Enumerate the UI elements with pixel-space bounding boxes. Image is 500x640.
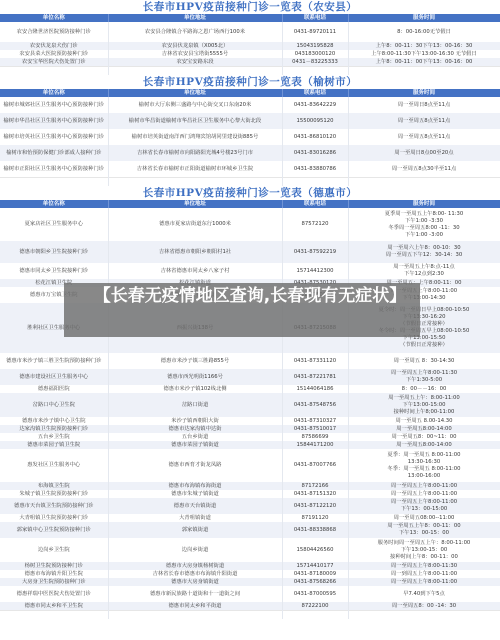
table-row: 达家沟镇卫生院预防接种门诊德惠市达家沟镇中达街0431-87510017周一至周… (0, 425, 500, 433)
spacer-row (0, 611, 500, 620)
clinic-name: 农安宝华医院犬伤处置门诊 (0, 58, 108, 67)
clinic-address: 榆树市大厅东侧三盛路与中心街交叉口东南20米 (108, 97, 282, 113)
clinic-address: 吉林省长春市榆树市正阳街道榆树市环城乡卫生院 (108, 161, 282, 178)
clinic-phone: 0431-86810120 (282, 129, 348, 145)
clinic-address: 德惠市朱城子镇街道 (108, 490, 282, 498)
clinic-address: 吉林省农安县宝塔街5555号 (108, 50, 282, 58)
clinic-address: 德惠市同太乡和平街道 (108, 602, 282, 611)
clinic-hours: 周一至周五 8：30-14:30 (348, 353, 500, 369)
clinic-table: 单位名称单位地址联系电话服务时间夏家店社区卫生服务中心德惠市夏家店街道东行100… (0, 200, 500, 619)
empty-cell (108, 67, 282, 76)
table-row: 榆树市华昌社区卫生服务中心预防接种门诊榆树市华昌街道榆树市华昌社区卫生服务中心黎… (0, 113, 500, 129)
clinic-hours: 周一至周五上午8:00-11:00 (348, 490, 500, 498)
empty-cell (348, 611, 500, 620)
clinic-address: 岔路口街道 (108, 393, 282, 417)
clinic-name: 德惠市天台镇卫生院预防接种门诊 (0, 498, 108, 514)
table-row: 榆树市城郊社区卫生服务中心预防接种门诊榆树市大厅东侧三盛路与中心街交叉口东南20… (0, 97, 500, 113)
section-title: 长春市HPV疫苗接种门诊一览表（榆树市） (0, 75, 500, 89)
clinic-hours: 夏季：周一至周五 8:00-11:00 13:30-16:30 冬季：周一至周五… (348, 449, 500, 482)
table-row: 榆树市正阳社区卫生服务中心预防接种门诊吉林省长春市榆树市正阳街道榆树市环城乡卫生… (0, 161, 500, 178)
clinic-phone: 15714412300 (282, 263, 348, 279)
clinic-name: 德惠市米沙子镇三胜卫生院预防接种门诊 (0, 353, 108, 369)
clinic-name: 布海镇卫生院 (0, 482, 108, 490)
clinic-name: 农安县菜大医院预防接种门诊 (0, 50, 108, 58)
clinic-hours: 周一至周五8：00~11：00 (348, 433, 500, 441)
clinic-phone: 0431-87007766 (282, 449, 348, 482)
clinic-hours: 周一至周五上午8:00-11:00 下午13：00-15:00 (348, 498, 500, 514)
table-row: 德惠市同太乡和平卫生院德惠市同太乡和平街道87222100周一至周五8：00 -… (0, 602, 500, 611)
table-row: 德惠市建设社区卫生服务中心德惠市西光明街1166号0431-87221781周一… (0, 369, 500, 385)
clinic-address: 德惠市西育才街龙凤路 (108, 449, 282, 482)
table-row: 榆树市培英社区卫生服务中心预防接种门诊榆树市培英街道南洋西门鸿翔宾馆胡同里建设街… (0, 129, 500, 145)
clinic-hours: 周一到周五上午8:00-11:00 (348, 570, 500, 578)
clinic-phone: 15500095120 (282, 113, 348, 129)
table-row: 德惠祥瑞中医医院犬伤处置门诊德惠市新民族路十道街和十一道街之间0431-8700… (0, 586, 500, 602)
clinic-phone: 0431-87151320 (282, 490, 348, 498)
clinic-hours: 周一至周六上午8：00-10：30 周一至周五下午12：30-14：30 (348, 241, 500, 263)
empty-cell (282, 67, 348, 76)
table-row: 德惠市布海镇升阳卫生院吉林省长春市德惠市布海镇升阳街道0431-87180009… (0, 570, 500, 578)
clinic-name: 榆树市城郊社区卫生服务中心预防接种门诊 (0, 97, 108, 113)
clinic-phone: 15043195828 (282, 42, 348, 50)
column-header-address: 单位地址 (108, 89, 282, 97)
table-header-row: 单位名称单位地址联系电话服务时间 (0, 89, 500, 97)
column-header-name: 单位名称 (0, 200, 108, 208)
clinic-name: 榆树市正阳社区卫生服务中心预防接种门诊 (0, 161, 108, 178)
table-row: 岔路口中心卫生院岔路口街道0431-87548756周一至周五上午：8:00-1… (0, 393, 500, 417)
section-title: 长春市HPV疫苗接种门诊一览表（德惠市） (0, 186, 500, 200)
table-row: 德惠市天台镇卫生院预防接种门诊德惠市天台镇街道0431-87122120周一至周… (0, 498, 500, 514)
clinic-phone: 0431-87000595 (282, 586, 348, 602)
clinic-name: 德惠市同太乡和平卫生院 (0, 602, 108, 611)
clinic-phone: 87222100 (282, 602, 348, 611)
clinic-name: 德惠市米沙子镇中心卫生院 (0, 417, 108, 425)
clinic-phone: 0431-83016286 (282, 145, 348, 161)
clinic-name: 大青咀镇卫生院预防接种门诊 (0, 514, 108, 522)
clinic-address: 吉林省长春市德惠市布海镇升阳街道 (108, 570, 282, 578)
spacer-row (0, 67, 500, 76)
empty-cell (0, 178, 108, 187)
clinic-hours: 周一至周五上午8:00-11:30 (348, 562, 500, 570)
column-header-hours: 服务时间 (348, 14, 500, 22)
clinic-hours: 周一至周五 8.00-14.30 (348, 417, 500, 425)
clinic-name: 岔路口中心卫生院 (0, 393, 108, 417)
table-row: 农安宝华医院犬伤处置门诊农安宝安路东段0431－83225333上午8：00-1… (0, 58, 500, 67)
clinic-hours: 8：00－－16：00 (348, 385, 500, 393)
clinic-phone: 0431-83880786 (282, 161, 348, 178)
clinic-name: 德惠市同太乡卫生院接种门诊 (0, 263, 108, 279)
clinic-phone: 0431-87221781 (282, 369, 348, 385)
column-header-name: 单位名称 (0, 14, 108, 22)
clinic-address: 郭家镇街道 (108, 522, 282, 538)
clinic-hours: 周一至周五8点至11点 (348, 113, 500, 129)
column-header-hours: 服务时间 (348, 200, 500, 208)
clinic-phone: 0431－83225333 (282, 58, 348, 67)
clinic-hours: 周一至周五8点30半至11点 (348, 161, 500, 178)
clinic-address: 德惠市夏家店街道东行1000米 (108, 208, 282, 241)
table-row: 朱城子镇卫生院预防接种门诊德惠市朱城子镇街道0431-87151320周一至周五… (0, 490, 500, 498)
table-row: 杨树卫生院预防接种门诊德惠市大房身镇杨树街道15714410177周一至周五上午… (0, 562, 500, 570)
clinic-name: 大房身卫生院预防接种门诊 (0, 578, 108, 586)
clinic-hours: 周一至周五8:00-14:00 (348, 441, 500, 449)
clinic-address: 德惠市大房身镇杨树街道 (108, 562, 282, 570)
clinic-hours: 上午8：00-11：00下午13：00-16：00 (348, 58, 500, 67)
clinic-address: 农安县合隆镇合平路海之恩广场西行100米 (108, 22, 282, 42)
clinic-hours: 服务时间周一至周五上午：8:00-11:00 下午13:00-15：00 接种时… (348, 538, 500, 562)
table-row: 德惠市朝阳乡卫生院接种门诊吉林省德惠市朝阳乡朝阳村1社0431-87592219… (0, 241, 500, 263)
clinic-hours: 上午8:00-11:30下午13:00-16:30 无节假日 (348, 50, 500, 58)
clinic-hours: 上午8：00-11：30下午13：00-16：30 (348, 42, 500, 50)
clinic-hours: 早7.40到下午5点 (348, 586, 500, 602)
clinic-hours: 周一至周五08:00--11:00 (348, 514, 500, 522)
table-row: 农安合隆世济医院预防接种门诊农安县合隆镇合平路海之恩广场西行100米0431-8… (0, 22, 500, 42)
clinic-phone: 0431-87180009 (282, 570, 348, 578)
table-row: 德惠市米沙子镇三胜卫生院预防接种门诊德惠市米沙子镇三胜路855号0431-873… (0, 353, 500, 369)
table-header-row: 单位名称单位地址联系电话服务时间 (0, 14, 500, 22)
table-row: 大房身卫生院预防接种门诊德惠市大房身镇街道0431-87568266周一至周五上… (0, 578, 500, 586)
clinic-name: 德惠市朝阳乡卫生院接种门诊 (0, 241, 108, 263)
clinic-name: 朱城子镇卫生院预防接种门诊 (0, 490, 108, 498)
clinic-name: 榆树市华昌社区卫生服务中心预防接种门诊 (0, 113, 108, 129)
clinic-name: 农安合隆世济医院预防接种门诊 (0, 22, 108, 42)
clinic-name: 五台乡卫生院 (0, 433, 108, 441)
empty-cell (282, 611, 348, 620)
table-row: 德惠福阳医院德惠市米沙子镇102线北侧151440641868：00－－16：0… (0, 385, 500, 393)
table-row: 德惠市菜园子镇卫生院德惠市菜园子镇街道15844171200周一至周五8:00-… (0, 441, 500, 449)
clinic-address: 德惠市达家沟镇中达街 (108, 425, 282, 433)
table-row: 德惠市同太乡卫生院接种门诊吉林省德惠市同太乡八家子村15714412300周一至… (0, 263, 500, 279)
table-header-row: 单位名称单位地址联系电话服务时间 (0, 200, 500, 208)
clinic-phone: 15144064186 (282, 385, 348, 393)
clinic-phone: 043183000120 (282, 50, 348, 58)
clinic-hours: 夏季周一至周五上午8:00- 11:30 下午1:00 -3:30 冬季周一至周… (348, 208, 500, 241)
clinic-name: 德惠市布海镇升阳卫生院 (0, 570, 108, 578)
clinic-address: 榆树市华昌街道榆树市华昌社区卫生服务中心黎大街北段 (108, 113, 282, 129)
clinic-hours: 周一至周五8：00 -14：30 (348, 602, 500, 611)
table-row: 农安县菜大医院预防接种门诊吉林省农安县宝塔街5555号043183000120上… (0, 50, 500, 58)
clinic-name: 德惠市菜园子镇卫生院 (0, 441, 108, 449)
clinic-hours: 周一至周五上午8:00-11:30 下午1:30-5:00 (348, 369, 500, 385)
table-row: 布海镇卫生院德惠市布海镇布海街道87172166周一至周五上午8:00-11:0… (0, 482, 500, 490)
clinic-name: 杨树卫生院预防接种门诊 (0, 562, 108, 570)
clinic-address: 德惠市新民族路十道街和十一道街之间 (108, 586, 282, 602)
clinic-hours: 周一至周五8点至11点 (348, 129, 500, 145)
table-row: 五台乡卫生院五台乡街道87586699周一至周五8：00~11：00 (0, 433, 500, 441)
column-header-hours: 服务时间 (348, 89, 500, 97)
table-row: 郭家镇中心卫生院预防接种门诊郭家镇街道0431-88338868周一至周五上午8… (0, 522, 500, 538)
clinic-name: 德惠市建设社区卫生服务中心 (0, 369, 108, 385)
clinic-name: 边岗乡卫生院 (0, 538, 108, 562)
clinic-name: 郭家镇中心卫生院预防接种门诊 (0, 522, 108, 538)
table-row: 榆树市和怡预防保健门诊部成人接种门诊吉林省长春市榆树市向阳路阳光城4号楼23号门… (0, 145, 500, 161)
empty-cell (348, 67, 500, 76)
clinic-name: 德惠祥瑞中医医院犬伤处置门诊 (0, 586, 108, 602)
clinic-phone: 0431-83642229 (282, 97, 348, 113)
clinic-phone: 15714410177 (282, 562, 348, 570)
clinic-address: 吉林省德惠市同太乡八家子村 (108, 263, 282, 279)
clinic-hours: 周一至周五上午：8:00-11:00 下午13:00-15:00 接种时间上午8… (348, 393, 500, 417)
clinic-table: 单位名称单位地址联系电话服务时间榆树市城郊社区卫生服务中心预防接种门诊榆树市大厅… (0, 89, 500, 186)
clinic-hours: 周一至周五上午8:00-11:00 (348, 578, 500, 586)
clinic-address: 德惠市米沙子镇102线北侧 (108, 385, 282, 393)
clinic-address: 德惠市天台镇街道 (108, 498, 282, 514)
clinic-name: 夏家店社区卫生服务中心 (0, 208, 108, 241)
clinic-name: 榆树市培英社区卫生服务中心预防接种门诊 (0, 129, 108, 145)
empty-cell (0, 67, 108, 76)
clinic-hours: 周一至周五上午8:00-11:00 (348, 482, 500, 490)
column-header-phone: 联系电话 (282, 89, 348, 97)
clinic-hours: 周一至周五上午8:点-11点 下午12点到2:30 (348, 263, 500, 279)
clinic-address: 五台乡街道 (108, 433, 282, 441)
clinic-hours: 8：00-16:00无节假日 (348, 22, 500, 42)
clinic-table: 单位名称单位地址联系电话服务时间农安合隆世济医院预防接种门诊农安县合隆镇合平路海… (0, 14, 500, 75)
clinic-hours: 周一至周日8点00至20点 (348, 145, 500, 161)
clinic-name: 榆树市和怡预防保健门诊部成人接种门诊 (0, 145, 108, 161)
clinic-phone: 87172166 (282, 482, 348, 490)
clinic-address: 吉林省德惠市朝阳乡朝阳村1社 (108, 241, 282, 263)
clinic-address: 德惠市米沙子镇三胜路855号 (108, 353, 282, 369)
column-header-phone: 联系电话 (282, 14, 348, 22)
clinic-address: 榆树市培英街道南洋西门鸿翔宾馆胡同里建设街885号 (108, 129, 282, 145)
column-header-phone: 联系电话 (282, 200, 348, 208)
clinic-phone: 87572120 (282, 208, 348, 241)
table-row: 德惠市米沙子镇中心卫生院米沙子镇西朝阳大街0431-87310327周一至周五 … (0, 417, 500, 425)
clinic-address: 德惠市布海镇布海街道 (108, 482, 282, 490)
clinic-name: 农安伏龙泉犬伤门诊 (0, 42, 108, 50)
overlay-headline: 【长春无疫情地区查询,长春现有无症状】 (22, 283, 478, 309)
clinic-phone: 0431-88338868 (282, 522, 348, 538)
clinic-phone: 0431-87510017 (282, 425, 348, 433)
empty-cell (108, 611, 282, 620)
table-row: 大青咀镇卫生院预防接种门诊大青咀镇街道87191120周一至周五08:00--1… (0, 514, 500, 522)
column-header-name: 单位名称 (0, 89, 108, 97)
clinic-address: 农安县伏龙泉镇（X005北） (108, 42, 282, 50)
clinic-phone: 0431-87548756 (282, 393, 348, 417)
clinic-address: 德惠市大房身镇街道 (108, 578, 282, 586)
clinic-name: 德惠福阳医院 (0, 385, 108, 393)
clinic-address: 吉林省长春市榆树市向阳路阳光城4号楼23号门市 (108, 145, 282, 161)
table-row: 农安伏龙泉犬伤门诊农安县伏龙泉镇（X005北）15043195828上午8：00… (0, 42, 500, 50)
section-title: 长春市HPV疫苗接种门诊一览表（农安县） (0, 0, 500, 14)
empty-cell (282, 178, 348, 187)
empty-cell (348, 178, 500, 187)
clinic-phone: 0431-87310327 (282, 417, 348, 425)
clinic-phone: 87191120 (282, 514, 348, 522)
clinic-phone: 0431-87122120 (282, 498, 348, 514)
clinic-phone: 0431-87568266 (282, 578, 348, 586)
clinic-hours: 周一至周五8:00-14:00 (348, 425, 500, 433)
clinic-phone: 15844171200 (282, 441, 348, 449)
table-row: 惠发社区卫生服务中心德惠市西育才街龙凤路0431-87007766夏季：周一至周… (0, 449, 500, 482)
clinic-address: 德惠市菜园子镇街道 (108, 441, 282, 449)
spacer-row (0, 178, 500, 187)
table-row: 边岗乡卫生院边岗乡街道15804426560服务时间周一至周五上午：8:00-1… (0, 538, 500, 562)
clinic-phone: 0431-87592219 (282, 241, 348, 263)
clinic-hours: 周一至周日8点至11点 (348, 97, 500, 113)
clinic-address: 德惠市西光明街1166号 (108, 369, 282, 385)
clinic-address: 大青咀镇街道 (108, 514, 282, 522)
column-header-address: 单位地址 (108, 14, 282, 22)
clinic-phone: 87586699 (282, 433, 348, 441)
clinic-phone: 15804426560 (282, 538, 348, 562)
empty-cell (0, 611, 108, 620)
clinic-address: 米沙子镇西朝阳大街 (108, 417, 282, 425)
clinic-name: 达家沟镇卫生院预防接种门诊 (0, 425, 108, 433)
clinic-phone: 0431-89720111 (282, 22, 348, 42)
clinic-phone: 0431-87331120 (282, 353, 348, 369)
clinic-address: 边岗乡街道 (108, 538, 282, 562)
clinic-name: 惠发社区卫生服务中心 (0, 449, 108, 482)
empty-cell (108, 178, 282, 187)
clinic-address: 农安宝安路东段 (108, 58, 282, 67)
column-header-address: 单位地址 (108, 200, 282, 208)
table-row: 夏家店社区卫生服务中心德惠市夏家店街道东行1000米87572120夏季周一至周… (0, 208, 500, 241)
clinic-hours: 周一至周五上午8：00-11：00 下午13：00-15：00 (348, 522, 500, 538)
